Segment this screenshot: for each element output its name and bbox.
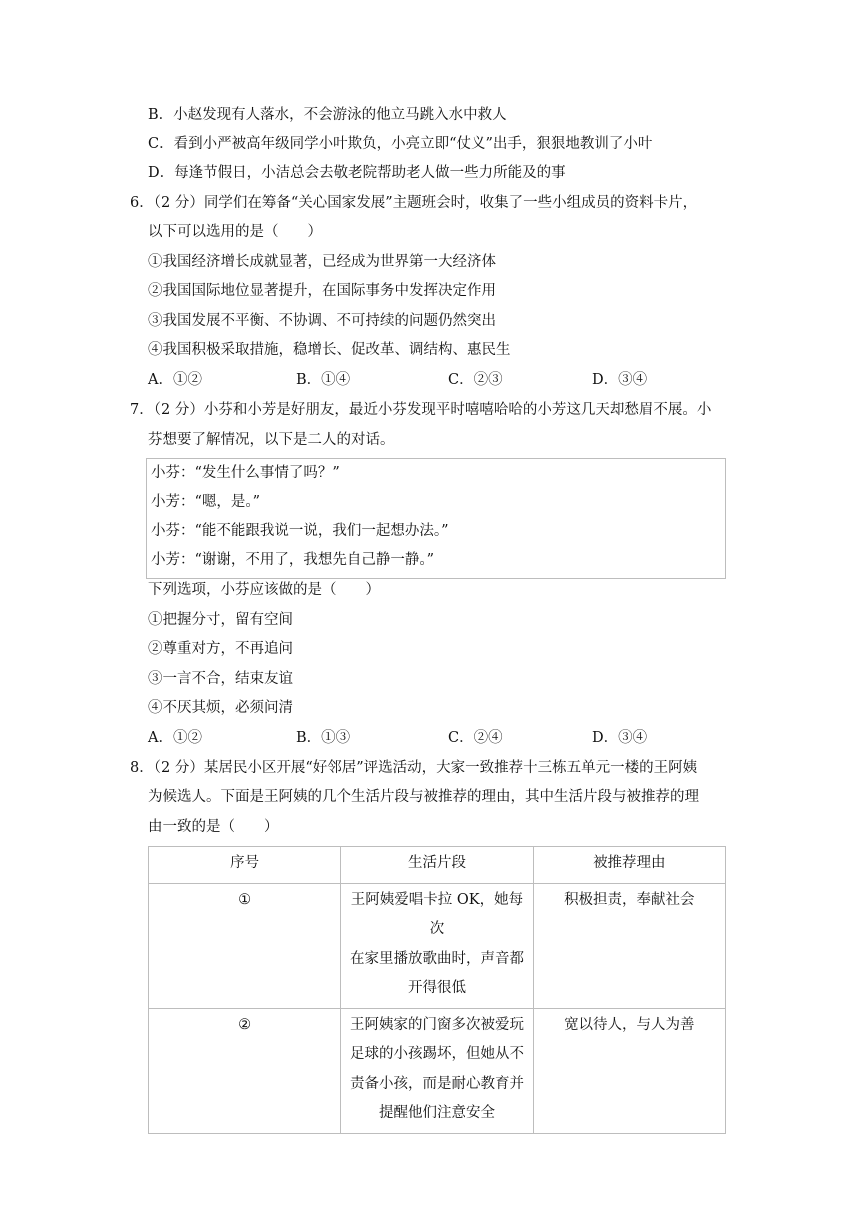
table-header-row: 序号 生活片段 被推荐理由	[149, 847, 726, 884]
dialog-box: 小芬：“发生什么事情了吗？” 小芳：“嗯，是。” 小芬：“能不能跟我说一说，我们…	[146, 458, 726, 579]
episode-line: 王阿姨家的门窗多次被爱玩	[345, 1011, 528, 1041]
q8-stem-line3: 由一致的是（ ）	[148, 817, 279, 837]
choice-a[interactable]: A．①②	[148, 728, 202, 748]
option-text: 每逢节假日，小洁总会去敬老院帮助老人做一些力所能及的事	[174, 165, 566, 181]
episode-line: 责备小孩，而是耐心教育并	[345, 1070, 528, 1100]
q6-stem-line2: 以下可以选用的是（ ）	[148, 222, 322, 242]
option-text: 小赵发现有人落水，不会游泳的他立马跳入水中救人	[173, 107, 507, 123]
row-reason: 积极担责，奉献社会	[533, 883, 725, 1008]
q6-choices: A．①② B．①④ C．②③ D．③④	[148, 370, 748, 390]
option-letter: B．	[148, 107, 173, 123]
row-no: ①	[149, 883, 341, 1008]
row-no: ②	[149, 1008, 341, 1133]
choice-c[interactable]: C．②③	[448, 370, 503, 390]
table-row: ① 王阿姨爱唱卡拉 OK，她每次 在家里播放歌曲时，声音都 开得很低 积极担责，…	[149, 883, 726, 1008]
header-episode: 生活片段	[341, 847, 533, 884]
q8-stem-line2: 为候选人。下面是王阿姨的几个生活片段与被推荐的理由，其中生活片段与被推荐的理	[148, 787, 699, 807]
row-reason: 宽以待人，与人为善	[533, 1008, 725, 1133]
option-letter: C．	[148, 136, 174, 152]
q7-choices: A．①② B．①③ C．②④ D．③④	[148, 728, 748, 748]
dialog-line: 小芬：“能不能跟我说一说，我们一起想办法。”	[151, 521, 449, 541]
q7-statement-3: ③一言不合，结束友谊	[148, 669, 293, 689]
question-stem-line: （2 分）小芬和小芳是好朋友，最近小芬发现平时嘻嘻哈哈的小芳这几天却愁眉不展。小	[154, 402, 712, 418]
option-text: 看到小严被高年级同学小叶欺负，小亮立即“仗义”出手，狠狠地教训了小叶	[174, 136, 653, 152]
choice-d[interactable]: D．③④	[592, 370, 647, 390]
q7-statement-4: ④不厌其烦，必须问清	[148, 698, 293, 718]
episode-line: 在家里播放歌曲时，声音都	[345, 945, 528, 975]
q5-option-d: D．每逢节假日，小洁总会去敬老院帮助老人做一些力所能及的事	[148, 163, 566, 183]
row-episode: 王阿姨爱唱卡拉 OK，她每次 在家里播放歌曲时，声音都 开得很低	[341, 883, 533, 1008]
question-number: 7．	[130, 402, 154, 418]
q7-stem: 7．（2 分）小芬和小芳是好朋友，最近小芬发现平时嘻嘻哈哈的小芳这几天却愁眉不展…	[130, 400, 711, 420]
question-number: 6．	[130, 195, 154, 211]
evaluation-table: 序号 生活片段 被推荐理由 ① 王阿姨爱唱卡拉 OK，她每次 在家里播放歌曲时，…	[148, 846, 726, 1134]
dialog-line: 小芬：“发生什么事情了吗？”	[151, 463, 340, 483]
dialog-line: 小芳：“谢谢，不用了，我想先自己静一静。”	[151, 550, 434, 570]
episode-line: 王阿姨爱唱卡拉 OK，她每次	[345, 886, 528, 945]
option-letter: D．	[148, 165, 174, 181]
choice-b[interactable]: B．①③	[296, 728, 350, 748]
header-reason: 被推荐理由	[533, 847, 725, 884]
header-no: 序号	[149, 847, 341, 884]
question-number: 8．	[130, 760, 154, 776]
table-row: ② 王阿姨家的门窗多次被爱玩 足球的小孩踢坏，但她从不 责备小孩，而是耐心教育并…	[149, 1008, 726, 1133]
q7-statement-2: ②尊重对方，不再追问	[148, 639, 293, 659]
choice-b[interactable]: B．①④	[296, 370, 350, 390]
dialog-line: 小芳：“嗯，是。”	[151, 492, 260, 512]
q5-option-c: C．看到小严被高年级同学小叶欺负，小亮立即“仗义”出手，狠狠地教训了小叶	[148, 134, 652, 154]
episode-line: 足球的小孩踢坏，但她从不	[345, 1040, 528, 1070]
choice-c[interactable]: C．②④	[448, 728, 503, 748]
question-stem-line: （2 分）某居民小区开展“好邻居”评选活动，大家一致推荐十三栋五单元一楼的王阿姨	[154, 760, 697, 776]
choice-a[interactable]: A．①②	[148, 370, 202, 390]
question-stem-line: （2 分）同学们在筹备“关心国家发展”主题班会时，收集了一些小组成员的资料卡片，	[154, 195, 697, 211]
choice-d[interactable]: D．③④	[592, 728, 647, 748]
q7-prompt: 下列选项，小芬应该做的是（ ）	[148, 580, 380, 600]
episode-line: 开得很低	[345, 974, 528, 1004]
q6-statement-3: ③我国发展不平衡、不协调、不可持续的问题仍然突出	[148, 311, 496, 331]
q8-stem: 8．（2 分）某居民小区开展“好邻居”评选活动，大家一致推荐十三栋五单元一楼的王…	[130, 758, 697, 778]
q6-statement-4: ④我国积极采取措施，稳增长、促改革、调结构、惠民生	[148, 340, 511, 360]
row-episode: 王阿姨家的门窗多次被爱玩 足球的小孩踢坏，但她从不 责备小孩，而是耐心教育并 提…	[341, 1008, 533, 1133]
q6-statement-2: ②我国国际地位显著提升，在国际事务中发挥决定作用	[148, 281, 496, 301]
q5-option-b: B．小赵发现有人落水，不会游泳的他立马跳入水中救人	[148, 105, 507, 125]
q6-stem: 6．（2 分）同学们在筹备“关心国家发展”主题班会时，收集了一些小组成员的资料卡…	[130, 193, 697, 213]
q7-statement-1: ①把握分寸，留有空间	[148, 610, 293, 630]
episode-line: 提醒他们注意安全	[345, 1099, 528, 1129]
q6-statement-1: ①我国经济增长成就显著，已经成为世界第一大经济体	[148, 252, 496, 272]
q7-stem-line2: 芬想要了解情况，以下是二人的对话。	[148, 430, 395, 450]
